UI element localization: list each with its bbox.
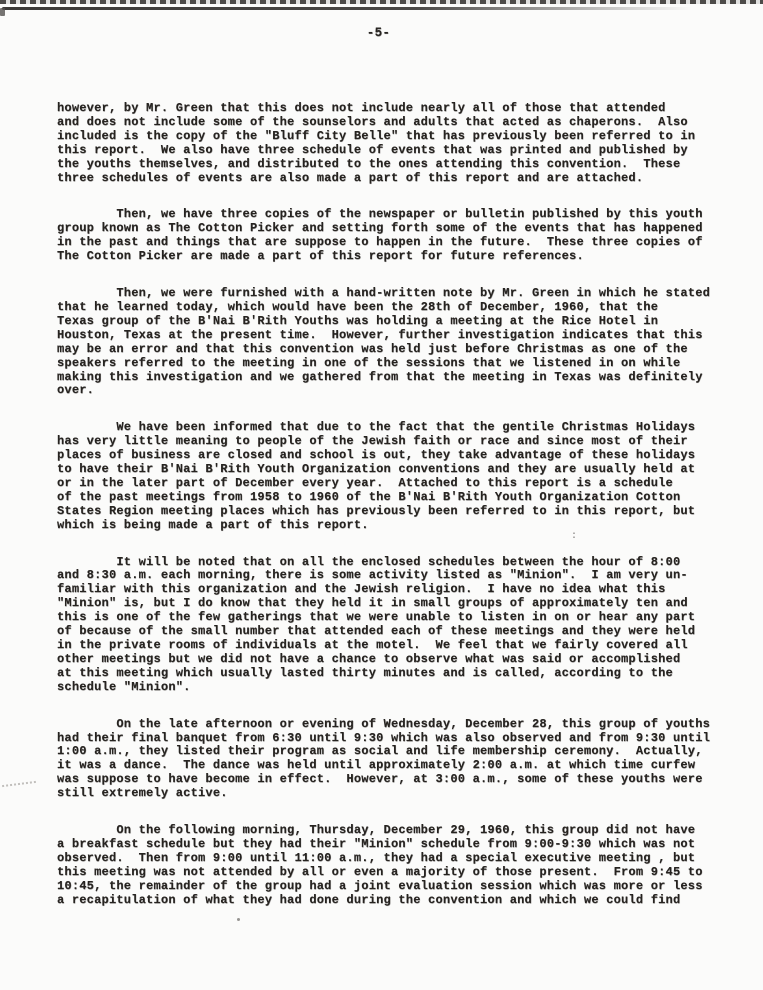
paragraph: Then, we have three copies of the newspa… bbox=[57, 208, 757, 264]
paragraph: however, by Mr. Green that this does not… bbox=[57, 102, 757, 185]
scan-top-line-artifact bbox=[2, 7, 692, 10]
scanned-document-page: : -5- however, by Mr. Green that this do… bbox=[0, 0, 763, 990]
paragraph: On the late afternoon or evening of Wedn… bbox=[57, 718, 757, 801]
paragraph: It will be noted that on all the enclose… bbox=[57, 556, 757, 695]
scan-top-edge-artifact bbox=[0, 0, 763, 4]
paragraph: Then, we were furnished with a hand-writ… bbox=[57, 287, 757, 398]
scan-corner-mark-artifact bbox=[0, 8, 5, 16]
document-body: however, by Mr. Green that this does not… bbox=[57, 102, 757, 931]
left-margin-smudge-artifact bbox=[2, 781, 36, 787]
paragraph: On the following morning, Thursday, Dece… bbox=[57, 824, 757, 907]
paragraph: We have been informed that due to the fa… bbox=[57, 421, 757, 532]
page-number: -5- bbox=[0, 26, 757, 40]
